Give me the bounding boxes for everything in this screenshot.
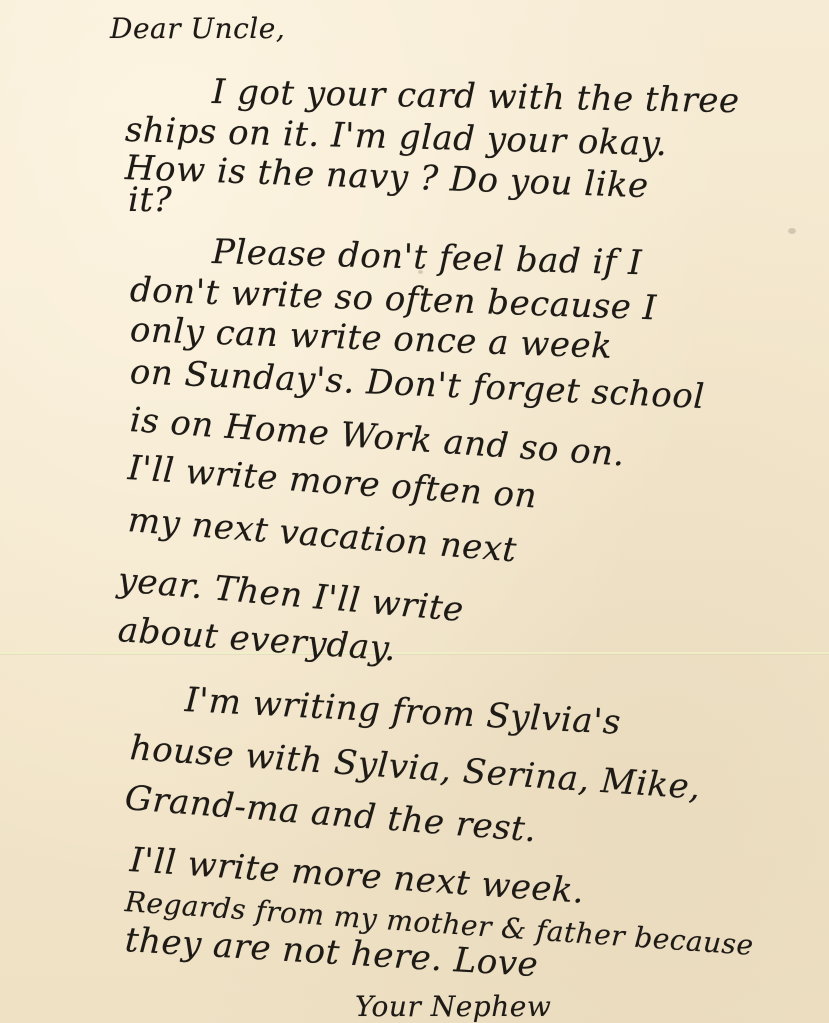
salutation: Dear Uncle, [110, 12, 285, 45]
paper-fold-crease [0, 652, 829, 654]
paper-stain [788, 228, 796, 234]
signature: Your Nephew [355, 990, 551, 1023]
letter-line: it? [128, 180, 172, 220]
